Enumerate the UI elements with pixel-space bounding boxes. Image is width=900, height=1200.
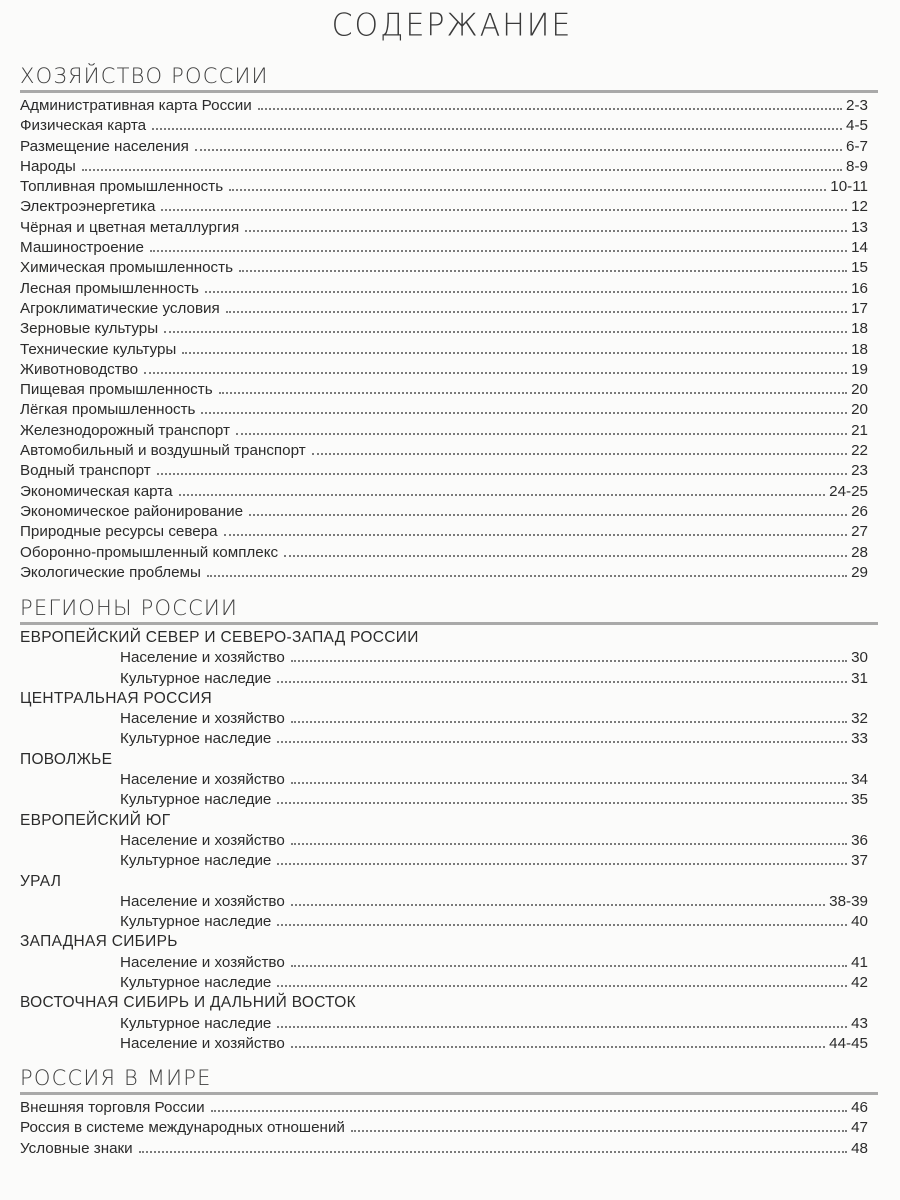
toc-entry-page: 37 — [847, 851, 878, 871]
toc-entry-page: 44-45 — [825, 1034, 878, 1054]
toc-entry[interactable]: Культурное наследие37 — [20, 851, 878, 871]
dot-leader — [161, 209, 847, 211]
dot-leader — [277, 802, 847, 804]
section-heading: РЕГИОНЫ РОССИИ — [20, 595, 878, 621]
toc-entry[interactable]: Лесная промышленность16 — [20, 279, 878, 299]
dot-leader — [150, 250, 847, 252]
toc-entry-title: Культурное наследие — [120, 729, 277, 749]
toc-entry[interactable]: Экономическое районирование26 — [20, 502, 878, 522]
dot-leader — [277, 924, 847, 926]
toc-entry-page: 40 — [847, 912, 878, 932]
toc-list: Внешняя торговля России46Россия в систем… — [20, 1098, 878, 1159]
toc-entry[interactable]: Животноводство19 — [20, 360, 878, 380]
dot-leader — [152, 128, 842, 130]
toc-entry-title: Чёрная и цветная металлургия — [20, 218, 245, 238]
toc-entry-page: 38-39 — [825, 892, 878, 912]
dot-leader — [284, 555, 847, 557]
toc-entry-title: Условные знаки — [20, 1139, 139, 1159]
dot-leader — [226, 311, 847, 313]
toc-entry-title: Экономическое районирование — [20, 502, 249, 522]
dot-leader — [179, 494, 826, 496]
toc-entry-page: 20 — [847, 380, 878, 400]
toc-entry-title: Автомобильный и воздушный транспорт — [20, 441, 312, 461]
page-title: СОДЕРЖАНИЕ — [0, 7, 900, 44]
toc-entry-page: 31 — [847, 669, 878, 689]
toc-entry[interactable]: Зерновые культуры18 — [20, 319, 878, 339]
toc-entry[interactable]: Оборонно-промышленный комплекс28 — [20, 543, 878, 563]
toc-entry[interactable]: Природные ресурсы севера27 — [20, 522, 878, 542]
section-divider — [20, 1092, 878, 1095]
region-heading: ВОСТОЧНАЯ СИБИРЬ И ДАЛЬНИЙ ВОСТОК — [20, 993, 878, 1013]
toc-entry[interactable]: Культурное наследие33 — [20, 729, 878, 749]
toc-entry-title: Лёгкая промышленность — [20, 400, 201, 420]
dot-leader — [277, 1026, 847, 1028]
toc-entry[interactable]: Машиностроение14 — [20, 238, 878, 258]
toc-entry-page: 28 — [847, 543, 878, 563]
toc-entry-page: 26 — [847, 502, 878, 522]
dot-leader — [291, 1046, 825, 1048]
region-heading: ПОВОЛЖЬЕ — [20, 750, 878, 770]
toc-entry-title: Культурное наследие — [120, 1014, 277, 1034]
toc-entry-page: 32 — [847, 709, 878, 729]
toc-entry-page: 30 — [847, 648, 878, 668]
toc-entry-title: Культурное наследие — [120, 973, 277, 993]
dot-leader — [291, 782, 847, 784]
toc-entry-title: Технические культуры — [20, 340, 182, 360]
dot-leader — [236, 433, 847, 435]
dot-leader — [277, 681, 847, 683]
dot-leader — [229, 189, 826, 191]
toc-entry[interactable]: Культурное наследие42 — [20, 973, 878, 993]
section-heading: РОССИЯ В МИРЕ — [20, 1065, 878, 1091]
toc-entry-title: Экономическая карта — [20, 482, 179, 502]
toc-entry-title: Физическая карта — [20, 116, 152, 136]
toc-entry-page: 24-25 — [825, 482, 878, 502]
dot-leader — [312, 453, 847, 455]
toc-entry-page: 12 — [847, 197, 878, 217]
toc-entry-title: Машиностроение — [20, 238, 150, 258]
dot-leader — [277, 985, 847, 987]
toc-entry[interactable]: Население и хозяйство41 — [20, 953, 878, 973]
dot-leader — [245, 230, 847, 232]
toc-entry-title: Административная карта России — [20, 96, 258, 116]
toc-entry-title: Зерновые культуры — [20, 319, 164, 339]
toc-entry-page: 8-9 — [842, 157, 878, 177]
dot-leader — [291, 843, 847, 845]
toc-entry-page: 19 — [847, 360, 878, 380]
toc-entry[interactable]: Химическая промышленность15 — [20, 258, 878, 278]
dot-leader — [205, 291, 847, 293]
toc-entry-page: 21 — [847, 421, 878, 441]
toc-entry-page: 33 — [847, 729, 878, 749]
dot-leader — [291, 721, 847, 723]
toc-entry-page: 22 — [847, 441, 878, 461]
toc-entry[interactable]: Автомобильный и воздушный транспорт22 — [20, 441, 878, 461]
toc-entry-title: Народы — [20, 157, 82, 177]
section-regions: РЕГИОНЫ РОССИИ ЕВРОПЕЙСКИЙ СЕВЕР И СЕВЕР… — [20, 595, 878, 1054]
toc-entry[interactable]: Физическая карта4-5 — [20, 116, 878, 136]
dot-leader — [249, 514, 847, 516]
dot-leader — [201, 412, 847, 414]
toc-entry-page: 43 — [847, 1014, 878, 1034]
dot-leader — [291, 660, 847, 662]
toc-entry-title: Россия в системе международных отношений — [20, 1118, 351, 1138]
dot-leader — [207, 575, 847, 577]
dot-leader — [291, 904, 825, 906]
dot-leader — [277, 863, 847, 865]
dot-leader — [224, 534, 847, 536]
dot-leader — [82, 169, 842, 171]
toc-entry-page: 27 — [847, 522, 878, 542]
toc-entry-title: Культурное наследие — [120, 669, 277, 689]
toc-entry-page: 15 — [847, 258, 878, 278]
toc-entry-page: 16 — [847, 279, 878, 299]
toc-entry-page: 46 — [847, 1098, 878, 1118]
toc-entry[interactable]: Внешняя торговля России46 — [20, 1098, 878, 1118]
toc-entry-page: 29 — [847, 563, 878, 583]
toc-entry-title: Население и хозяйство — [120, 892, 291, 912]
toc-entry-title: Культурное наследие — [120, 790, 277, 810]
region-heading: УРАЛ — [20, 872, 878, 892]
toc-entry-page: 20 — [847, 400, 878, 420]
toc-entry[interactable]: Культурное наследие40 — [20, 912, 878, 932]
toc-entry-page: 18 — [847, 319, 878, 339]
toc-entry-page: 18 — [847, 340, 878, 360]
section-divider — [20, 622, 878, 625]
toc-entry-page: 17 — [847, 299, 878, 319]
toc-entry-title: Агроклиматические условия — [20, 299, 226, 319]
section-divider — [20, 90, 878, 93]
toc-entry[interactable]: Культурное наследие31 — [20, 669, 878, 689]
toc-entry[interactable]: Электроэнергетика12 — [20, 197, 878, 217]
section-world: РОССИЯ В МИРЕ Внешняя торговля России46Р… — [20, 1065, 878, 1159]
toc-entry-title: Железнодорожный транспорт — [20, 421, 236, 441]
toc-entry-page: 42 — [847, 973, 878, 993]
toc-entry-title: Население и хозяйство — [120, 770, 291, 790]
toc-entry-title: Химическая промышленность — [20, 258, 239, 278]
toc-entry-title: Население и хозяйство — [120, 648, 291, 668]
toc-entry-title: Размещение населения — [20, 137, 195, 157]
region-heading: ЗАПАДНАЯ СИБИРЬ — [20, 932, 878, 952]
toc-entry[interactable]: Агроклиматические условия17 — [20, 299, 878, 319]
toc-entry[interactable]: Население и хозяйство38-39 — [20, 892, 878, 912]
toc-entry[interactable]: Чёрная и цветная металлургия13 — [20, 218, 878, 238]
toc-entry[interactable]: Лёгкая промышленность20 — [20, 400, 878, 420]
toc-entry-title: Население и хозяйство — [120, 709, 291, 729]
toc-entry[interactable]: Население и хозяйство34 — [20, 770, 878, 790]
toc-entry-page: 4-5 — [842, 116, 878, 136]
toc-entry[interactable]: Население и хозяйство36 — [20, 831, 878, 851]
toc-entry[interactable]: Административная карта России2-3 — [20, 96, 878, 116]
dot-leader — [164, 331, 847, 333]
toc-entry-page: 34 — [847, 770, 878, 790]
dot-leader — [195, 149, 842, 151]
toc-entry-title: Водный транспорт — [20, 461, 157, 481]
toc-entry-title: Лесная промышленность — [20, 279, 205, 299]
toc-entry[interactable]: Население и хозяйство32 — [20, 709, 878, 729]
region-heading: ЕВРОПЕЙСКИЙ СЕВЕР И СЕВЕРО-ЗАПАД РОССИИ — [20, 628, 878, 648]
toc-entry-title: Экологические проблемы — [20, 563, 207, 583]
dot-leader — [182, 352, 847, 354]
toc-entry[interactable]: Экологические проблемы29 — [20, 563, 878, 583]
toc-entry-page: 2-3 — [842, 96, 878, 116]
toc-entry[interactable]: Железнодорожный транспорт21 — [20, 421, 878, 441]
toc-entry[interactable]: Размещение населения6-7 — [20, 137, 878, 157]
toc-entry-title: Топливная промышленность — [20, 177, 229, 197]
toc-entry[interactable]: Водный транспорт23 — [20, 461, 878, 481]
section-heading: ХОЗЯЙСТВО РОССИИ — [20, 63, 878, 89]
toc-entry-page: 6-7 — [842, 137, 878, 157]
toc-entry-page: 36 — [847, 831, 878, 851]
dot-leader — [277, 741, 847, 743]
dot-leader — [239, 270, 847, 272]
toc-entry-page: 13 — [847, 218, 878, 238]
toc-entry[interactable]: Народы8-9 — [20, 157, 878, 177]
dot-leader — [139, 1151, 847, 1153]
toc-entry-title: Население и хозяйство — [120, 953, 291, 973]
dot-leader — [144, 372, 847, 374]
toc-entry[interactable]: Население и хозяйство30 — [20, 648, 878, 668]
toc-entry[interactable]: Население и хозяйство44-45 — [20, 1034, 878, 1054]
toc-region-groups: ЕВРОПЕЙСКИЙ СЕВЕР И СЕВЕРО-ЗАПАД РОССИИН… — [20, 628, 878, 1054]
dot-leader — [211, 1110, 847, 1112]
dot-leader — [258, 108, 842, 110]
toc-entry-page: 35 — [847, 790, 878, 810]
toc-entry[interactable]: Культурное наследие35 — [20, 790, 878, 810]
dot-leader — [291, 965, 847, 967]
section-economy: ХОЗЯЙСТВО РОССИИ Административная карта … — [20, 63, 878, 583]
dot-leader — [219, 392, 847, 394]
toc-entry-title: Природные ресурсы севера — [20, 522, 224, 542]
toc-entry-title: Внешняя торговля России — [20, 1098, 211, 1118]
toc-entry-title: Электроэнергетика — [20, 197, 161, 217]
toc-entry-title: Культурное наследие — [120, 851, 277, 871]
toc-entry-page: 23 — [847, 461, 878, 481]
toc-entry-page: 48 — [847, 1139, 878, 1159]
toc-entry[interactable]: Условные знаки48 — [20, 1139, 878, 1159]
toc-entry-title: Население и хозяйство — [120, 831, 291, 851]
toc-entry-page: 41 — [847, 953, 878, 973]
toc-entry-title: Оборонно-промышленный комплекс — [20, 543, 284, 563]
region-heading: ЕВРОПЕЙСКИЙ ЮГ — [20, 811, 878, 831]
toc-entry[interactable]: Топливная промышленность10-11 — [20, 177, 878, 197]
toc-entry-title: Культурное наследие — [120, 912, 277, 932]
toc-entry-title: Население и хозяйство — [120, 1034, 291, 1054]
toc-entry[interactable]: Пищевая промышленность20 — [20, 380, 878, 400]
toc-entry-page: 10-11 — [826, 177, 878, 197]
toc-entry[interactable]: Экономическая карта24-25 — [20, 482, 878, 502]
toc-entry-title: Пищевая промышленность — [20, 380, 219, 400]
toc-entry-title: Животноводство — [20, 360, 144, 380]
toc-entry-page: 47 — [847, 1118, 878, 1138]
toc-entry[interactable]: Россия в системе международных отношений… — [20, 1118, 878, 1138]
dot-leader — [351, 1130, 847, 1132]
toc-list: Административная карта России2-3Физическ… — [20, 96, 878, 583]
region-heading: ЦЕНТРАЛЬНАЯ РОССИЯ — [20, 689, 878, 709]
dot-leader — [157, 473, 847, 475]
toc-entry-page: 14 — [847, 238, 878, 258]
toc-entry[interactable]: Культурное наследие43 — [20, 1014, 878, 1034]
toc-entry[interactable]: Технические культуры18 — [20, 340, 878, 360]
